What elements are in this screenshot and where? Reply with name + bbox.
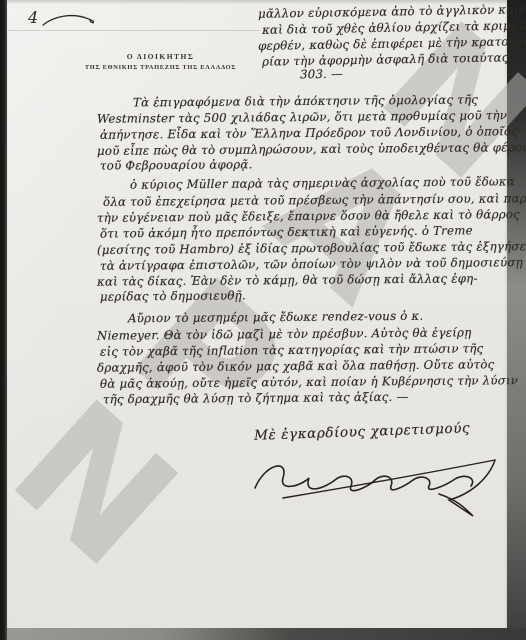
letterhead-subtitle: ΤΗΣ ΕΘΝΙΚΗΣ ΤΡΑΠΕΖΗΣ ΤΗΣ ΕΛΛΑΔΟΣ <box>58 64 263 71</box>
scanned-letter-page: Ν Ρ Α Ν 4 Ο ΔΙΟΙΚΗΤΗΣ ΤΗΣ ΕΘΝΙΚΗΣ ΤΡΑΠΕΖ… <box>0 0 526 640</box>
scan-edge-left <box>0 0 7 640</box>
page-number: 4 <box>28 8 38 27</box>
page-number-flourish-icon <box>42 12 94 28</box>
paper-crease-line <box>8 30 260 31</box>
handwritten-line: Αὔριον τὸ μεσημέρι μᾶς ἔδωκε rendez-vous… <box>128 309 424 326</box>
scan-edge-bottom <box>7 628 526 640</box>
letterhead: Ο ΔΙΟΙΚΗΤΗΣ ΤΗΣ ΕΘΝΙΚΗΣ ΤΡΑΠΕΖΗΣ ΤΗΣ ΕΛΛ… <box>58 52 263 71</box>
handwritten-line: τῆς δραχμῆς θὰ λύσῃ τὸ ζήτημα καὶ τὰς ἀξ… <box>103 390 409 407</box>
signature-icon <box>243 436 509 536</box>
scan-edge-right <box>507 0 526 640</box>
handwritten-line: 303. — <box>300 67 343 82</box>
letterhead-title: Ο ΔΙΟΙΚΗΤΗΣ <box>58 52 263 61</box>
handwritten-line: τοῦ Φεβρουαρίου ἀφορᾷ. <box>100 157 253 172</box>
handwritten-line: μερίδας τὸ δημοσιευθῇ. <box>100 288 246 303</box>
